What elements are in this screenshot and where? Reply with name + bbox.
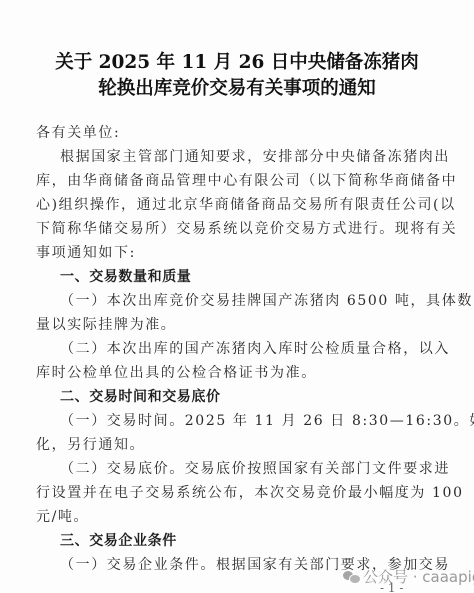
salutation: 各有关单位: (36, 124, 120, 142)
paragraph-line: 库，由华商储备商品管理中心有限公司（以下简称华商储备中 (36, 172, 457, 190)
paragraph-line: 元/吨。 (36, 508, 89, 526)
wechat-icon (343, 570, 359, 583)
paragraph-line: （一）交易时间。2025 年 11 月 26 日 8:30—16:30。如有变 (60, 412, 474, 430)
paragraph-line: （二）本次出库的国产冻猪肉入库时公检质量合格，以入 (60, 340, 450, 358)
document-page: 关于 2025 年 11 月 26 日中央储备冻猪肉 轮换出库竞价交易有关事项的… (0, 0, 474, 593)
paragraph-line: （一）本次出库竞价交易挂牌国产冻猪肉 6500 吨，具体数 (60, 292, 473, 310)
wechat-watermark: 公众号 · caaapig (343, 566, 474, 587)
document-title-line-1: 关于 2025 年 11 月 26 日中央储备冻猪肉 (0, 48, 474, 74)
section-heading-3: 三、交易企业条件 (60, 532, 177, 550)
paragraph-line: 库时公检单位出具的公检合格证书为准。 (36, 364, 317, 382)
paragraph-line: 化，另行通知。 (36, 436, 145, 454)
section-heading-1: 一、交易数量和质量 (60, 268, 191, 286)
paragraph-line: 下简称华储交易所）交易系统以竞价交易方式进行。现将有关 (36, 220, 457, 238)
page-number: - 1 - (380, 581, 403, 593)
paragraph-line: 事项通知如下: (36, 244, 136, 262)
paragraph-line: 心)组织操作，通过北京华商储备商品交易所有限责任公司(以 (36, 196, 456, 214)
paragraph-line: （二）交易底价。交易底价按照国家有关部门文件要求进 (60, 460, 450, 478)
paragraph-line: 行设置并在电子交易系统公布，本次交易竞价最小幅度为 100 (36, 484, 464, 502)
section-heading-2: 二、交易时间和交易底价 (60, 388, 221, 406)
paragraph-line: 量以实际挂牌为准。 (36, 316, 176, 334)
document-title-line-2: 轮换出库竞价交易有关事项的通知 (0, 74, 474, 100)
paragraph-line: 根据国家主管部门通知要求，安排部分中央储备冻猪肉出 (60, 148, 450, 166)
